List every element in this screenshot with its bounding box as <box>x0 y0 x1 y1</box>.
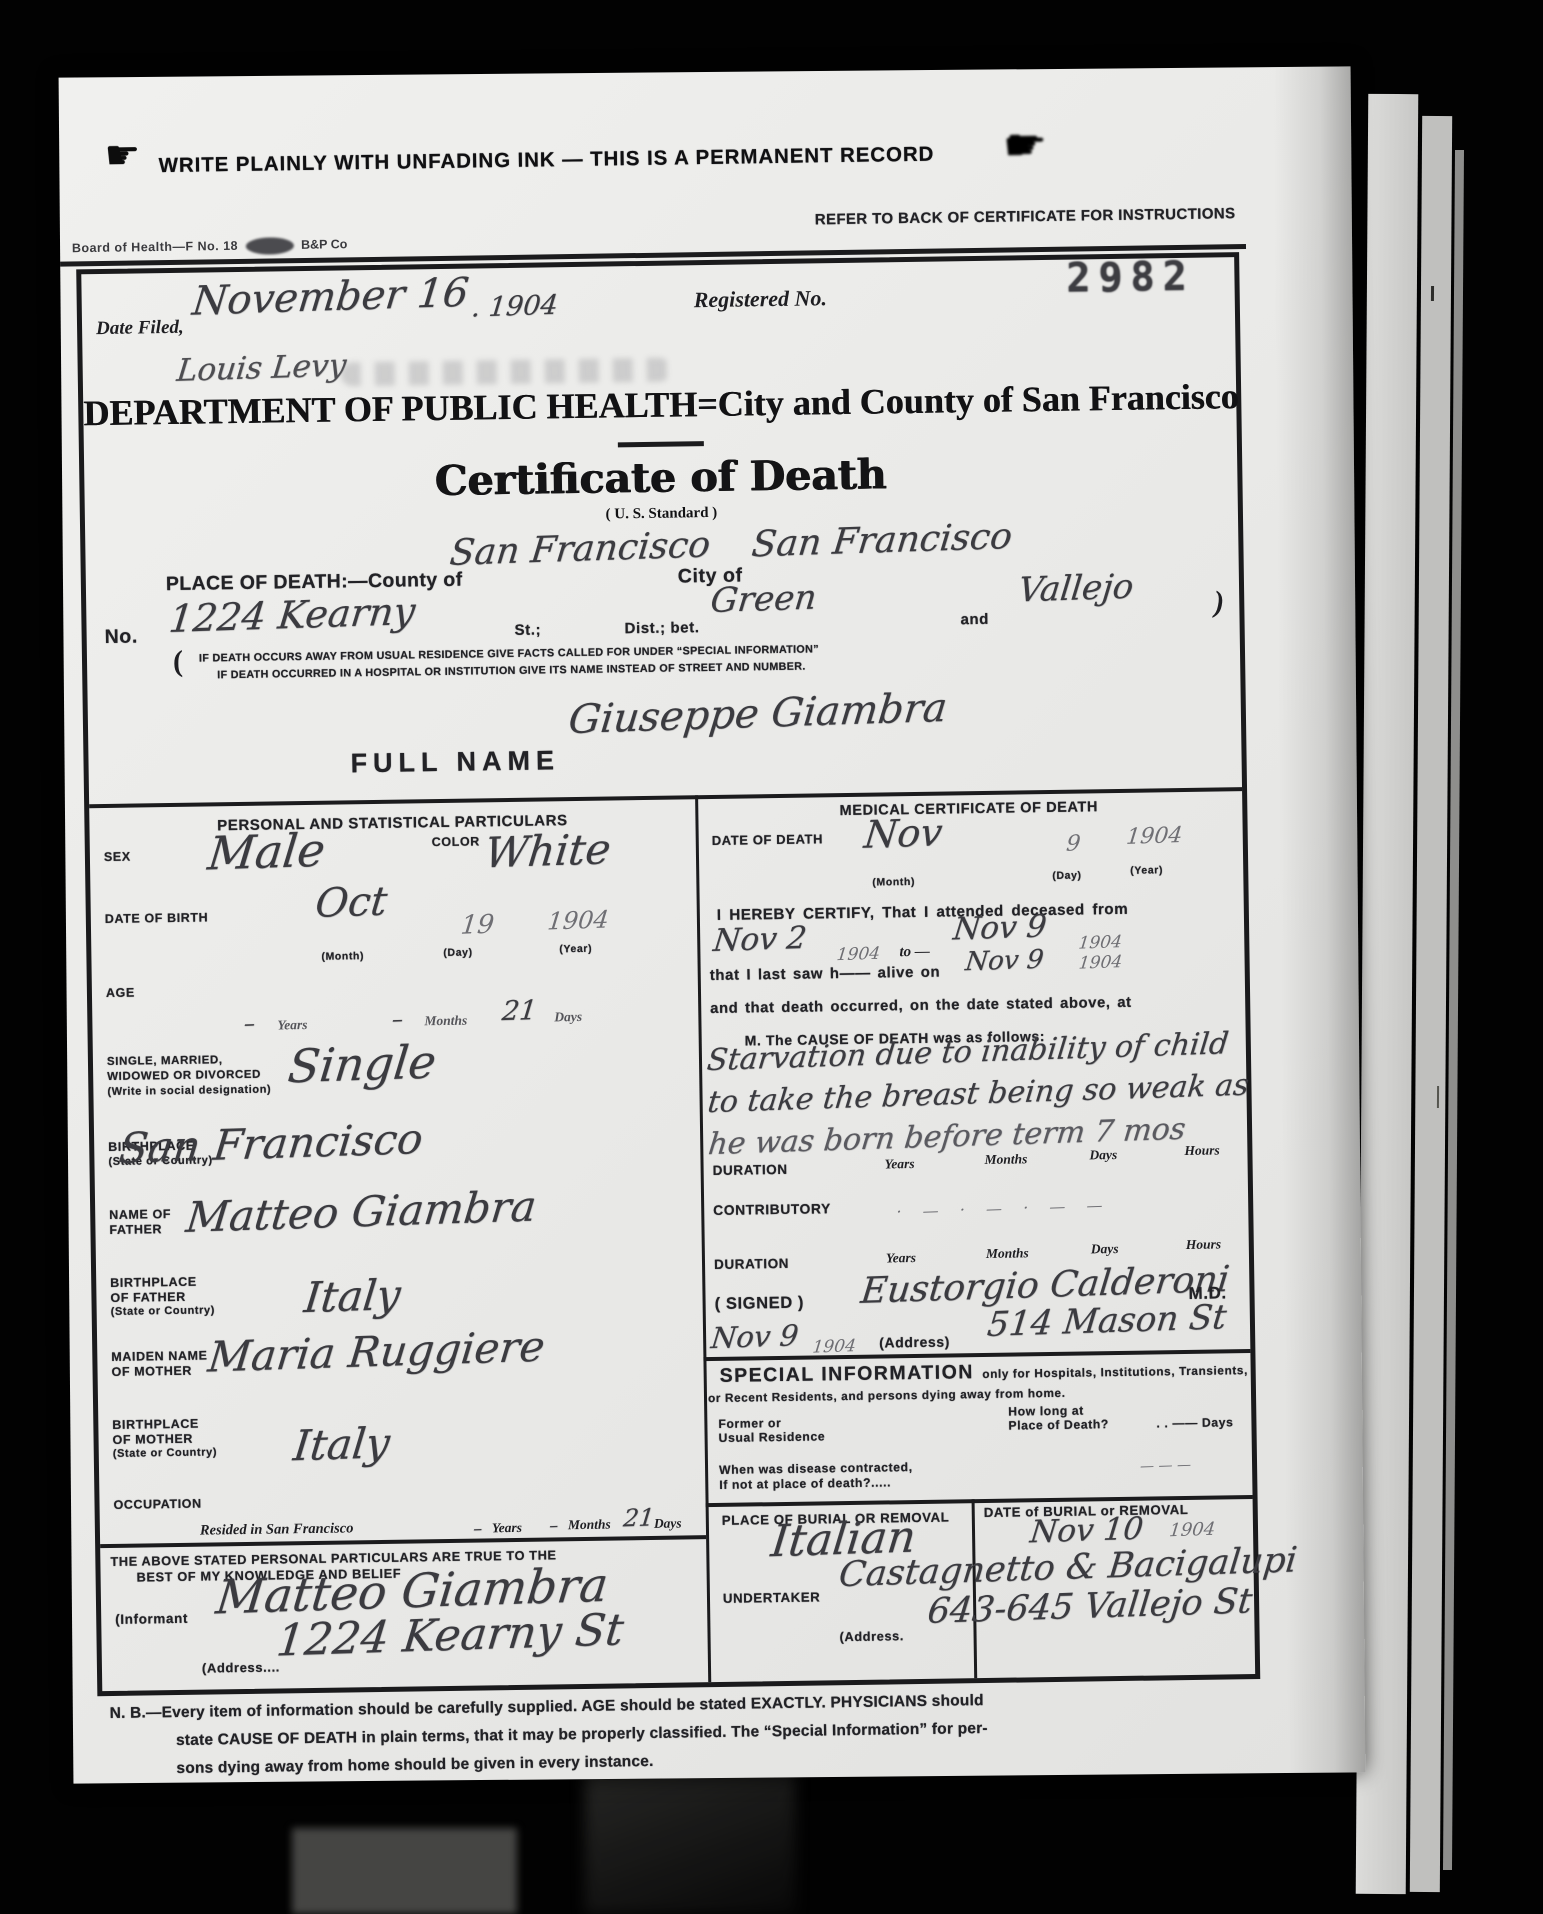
dob-day-value: 19 <box>459 910 495 941</box>
contributory-label: CONTRIBUTORY <box>713 1201 831 1218</box>
manicule-right-icon: ☛ <box>1006 121 1041 167</box>
mother-birthplace-label-1: BIRTHPLACE <box>112 1417 199 1432</box>
and-label: and <box>960 611 989 628</box>
dod-year-caption: (Year) <box>1130 864 1163 876</box>
duration-label-1: DURATION <box>713 1162 788 1178</box>
informant-label: (Informant <box>115 1611 188 1627</box>
last-saw-date: Nov 9 <box>964 945 1045 978</box>
date-of-death-year: 1904 <box>1125 823 1184 850</box>
certificate-page: ☛ WRITE PLAINLY WITH UNFADING INK — THIS… <box>59 66 1366 1783</box>
special-info-line-2: or Recent Residents, and persons dying a… <box>708 1386 1066 1405</box>
age-months-value: – <box>391 1007 405 1032</box>
disease-contracted-label-1: When was disease contracted, <box>719 1460 913 1477</box>
place-city-value: San Francisco <box>750 516 1015 565</box>
resided-days-caption: Days <box>654 1516 682 1532</box>
informant-address-label: (Address.... <box>202 1659 280 1675</box>
dod-day-caption: (Day) <box>1052 870 1081 882</box>
father-birthplace-value: Italy <box>302 1270 403 1322</box>
duration-label-2: DURATION <box>714 1256 789 1272</box>
certificate-border-box: Date Filed, November 16 . 1904 Registere… <box>76 252 1260 1696</box>
father-name-label-1: NAME OF <box>109 1207 171 1222</box>
medical-section-title: MEDICAL CERTIFICATE OF DEATH <box>695 797 1242 821</box>
attended-from-date: Nov 2 <box>712 920 809 959</box>
attended-to-year: 1904 <box>1077 932 1123 953</box>
printer-stamp-icon <box>245 237 293 255</box>
burial-date-value: Nov 10 <box>1028 1511 1145 1551</box>
attended-to-date: Nov 9 <box>951 908 1048 947</box>
resided-label: Resided in San Francisco <box>200 1520 354 1539</box>
date-filed-value: November 16 <box>190 270 471 325</box>
duration1-months-caption: Months <box>984 1151 1027 1168</box>
special-info-suffix: only for Hospitals, Institutions, Transi… <box>982 1363 1248 1381</box>
special-info-title-line: SPECIAL INFORMATION only for Hospitals, … <box>720 1357 1249 1388</box>
date-filed-year: . 1904 <box>470 290 559 324</box>
age-years-caption: Years <box>277 1017 307 1033</box>
mother-birthplace-value: Italy <box>291 1418 392 1470</box>
clerk-signature: Louis Levy <box>175 347 348 389</box>
burial-year-value: 1904 <box>1168 1519 1216 1542</box>
between-street-value: Green <box>708 578 818 621</box>
mother-maiden-value: Maria Ruggiere <box>206 1322 548 1382</box>
title-divider <box>618 441 704 447</box>
shadow-patch <box>585 1760 795 1914</box>
full-name-value: Giuseppe Giambra <box>566 685 949 743</box>
informant-address-value: 1224 Kearny St <box>274 1604 626 1666</box>
marital-label-3: (Write in social designation) <box>107 1084 271 1098</box>
dob-month-value: Oct <box>313 879 389 927</box>
father-birthplace-label-2: OF FATHER <box>110 1290 186 1305</box>
place-county-value: San Francisco <box>448 524 713 573</box>
sex-value: Male <box>205 823 328 881</box>
date-of-death-label: DATE OF DEATH <box>712 831 824 848</box>
how-long-days: . . —— Days <box>1156 1415 1233 1430</box>
special-info-title: SPECIAL INFORMATION <box>720 1361 975 1387</box>
resided-years-value: – <box>472 1518 483 1539</box>
sex-label: SEX <box>104 850 131 864</box>
certificate-content: ☛ WRITE PLAINLY WITH UNFADING INK — THIS… <box>53 63 1370 1788</box>
last-saw-statement: that I last saw h—— alive on <box>710 964 941 984</box>
registered-no-value: 2982 <box>1066 254 1195 302</box>
age-label: AGE <box>106 986 135 1000</box>
dist-label: Dist.; bet. <box>624 619 699 637</box>
undertaker-label: UNDERTAKER <box>723 1589 821 1605</box>
street-no-label: No. <box>104 625 138 648</box>
father-birthplace-caption: (State or Country) <box>111 1304 215 1318</box>
dob-label: DATE OF BIRTH <box>105 910 209 926</box>
closing-paren: ) <box>1214 585 1225 619</box>
marital-label-2: WIDOWED OR DIVORCED <box>107 1069 261 1083</box>
footer-note-line-1: N. B.—Every item of information should b… <box>110 1692 984 1723</box>
dod-month-caption: (Month) <box>872 876 915 889</box>
signed-address-label: (Address) <box>879 1334 950 1351</box>
age-days-value: 21 <box>500 995 538 1027</box>
marital-label-1: SINGLE, MARRIED, <box>107 1054 223 1068</box>
dob-year-caption: (Year) <box>559 943 592 955</box>
dob-month-caption: (Month) <box>321 950 364 963</box>
form-number: Board of Health—F No. 18 <box>72 239 238 255</box>
manicule-left-icon: ☛ <box>104 132 141 179</box>
mother-birthplace-label-2: OF MOTHER <box>112 1432 193 1447</box>
and-street-value: Vallejo <box>1016 567 1135 611</box>
affirmation-rule <box>100 1535 706 1547</box>
signed-address-value: 514 Mason St <box>985 1297 1228 1345</box>
mother-maiden-label-2: OF MOTHER <box>111 1364 192 1379</box>
disease-marks: — — — <box>1139 1457 1192 1475</box>
footer-note-line-2: state CAUSE OF DEATH in plain terms, tha… <box>176 1720 988 1750</box>
how-long-label-1: How long at <box>1008 1404 1084 1419</box>
page-edge-mark <box>1431 286 1434 301</box>
age-years-value: – <box>243 1012 257 1037</box>
residence-note-2: IF DEATH OCCURRED IN A HOSPITAL OR INSTI… <box>217 661 806 682</box>
former-residence-label-2: Usual Residence <box>719 1429 826 1445</box>
birthplace-value: San Francisco <box>117 1114 426 1173</box>
mother-maiden-label-1: MAIDEN NAME <box>111 1349 207 1364</box>
registered-no-label: Registered No. <box>694 285 828 313</box>
marital-value: Single <box>285 1035 438 1094</box>
duration1-years-caption: Years <box>884 1156 914 1172</box>
signed-label: ( SIGNED ) <box>714 1294 804 1314</box>
duration2-months-caption: Months <box>986 1245 1029 1262</box>
duration2-days-caption: Days <box>1091 1241 1119 1257</box>
color-label: COLOR <box>432 834 480 849</box>
mother-birthplace-caption: (State or Country) <box>113 1446 217 1460</box>
page-edge-mark <box>1437 1086 1439 1108</box>
disease-contracted-label-2: If not at place of death?..... <box>719 1475 891 1492</box>
footer-note-line-3: sons dying away from home should be give… <box>176 1753 653 1778</box>
date-of-death-day: 9 <box>1065 831 1082 856</box>
contributory-marks: · — · — · — — <box>895 1195 1111 1221</box>
resided-days-value: 21 <box>622 1503 656 1532</box>
resided-years-caption: Years <box>492 1520 522 1536</box>
shadow-patch <box>292 1828 517 1914</box>
occupation-label: OCCUPATION <box>113 1497 201 1512</box>
duration2-hours-caption: Hours <box>1186 1236 1222 1253</box>
date-filed-label: Date Filed, <box>96 317 184 340</box>
age-days-caption: Days <box>554 1009 582 1025</box>
father-birthplace-label-1: BIRTHPLACE <box>110 1275 197 1290</box>
column-divider <box>695 795 711 1682</box>
form-number-line: Board of Health—F No. 18 B&P Co <box>72 236 348 257</box>
death-occurred-statement: and that death occurred, on the date sta… <box>710 995 1132 1017</box>
faded-writing-smudge <box>341 358 671 387</box>
date-of-death-month: Nov <box>862 810 945 857</box>
banner-warning: WRITE PLAINLY WITH UNFADING INK — THIS I… <box>159 143 935 179</box>
resided-months-value: – <box>548 1515 559 1536</box>
printer-name: B&P Co <box>301 237 348 252</box>
father-name-value: Matteo Giambra <box>184 1182 539 1242</box>
banner-refer: REFER TO BACK OF CERTIFICATE FOR INSTRUC… <box>675 205 1235 230</box>
age-months-caption: Months <box>424 1013 467 1030</box>
duration1-days-caption: Days <box>1089 1147 1117 1163</box>
color-value: White <box>482 824 613 877</box>
full-name-label: FULL NAME <box>350 745 560 779</box>
dob-year-value: 1904 <box>546 905 610 935</box>
father-name-label-2: FATHER <box>109 1222 162 1237</box>
street-no-value: 1224 Kearny <box>167 589 418 641</box>
opening-paren: ( <box>173 645 184 679</box>
dob-day-caption: (Day) <box>443 947 472 959</box>
resided-months-caption: Months <box>568 1517 611 1534</box>
attended-from-year: 1904 <box>836 944 882 965</box>
last-saw-year: 1904 <box>1078 952 1124 973</box>
duration1-hours-caption: Hours <box>1184 1142 1220 1159</box>
signed-date: Nov 9 <box>709 1318 800 1355</box>
duration2-years-caption: Years <box>886 1250 916 1266</box>
how-long-label-2: Place of Death? <box>1008 1417 1109 1432</box>
undertaker-address-label: (Address. <box>839 1628 904 1644</box>
st-label: St.; <box>514 622 541 639</box>
to-label: to — <box>899 944 930 961</box>
former-residence-label-1: Former or <box>718 1416 781 1431</box>
